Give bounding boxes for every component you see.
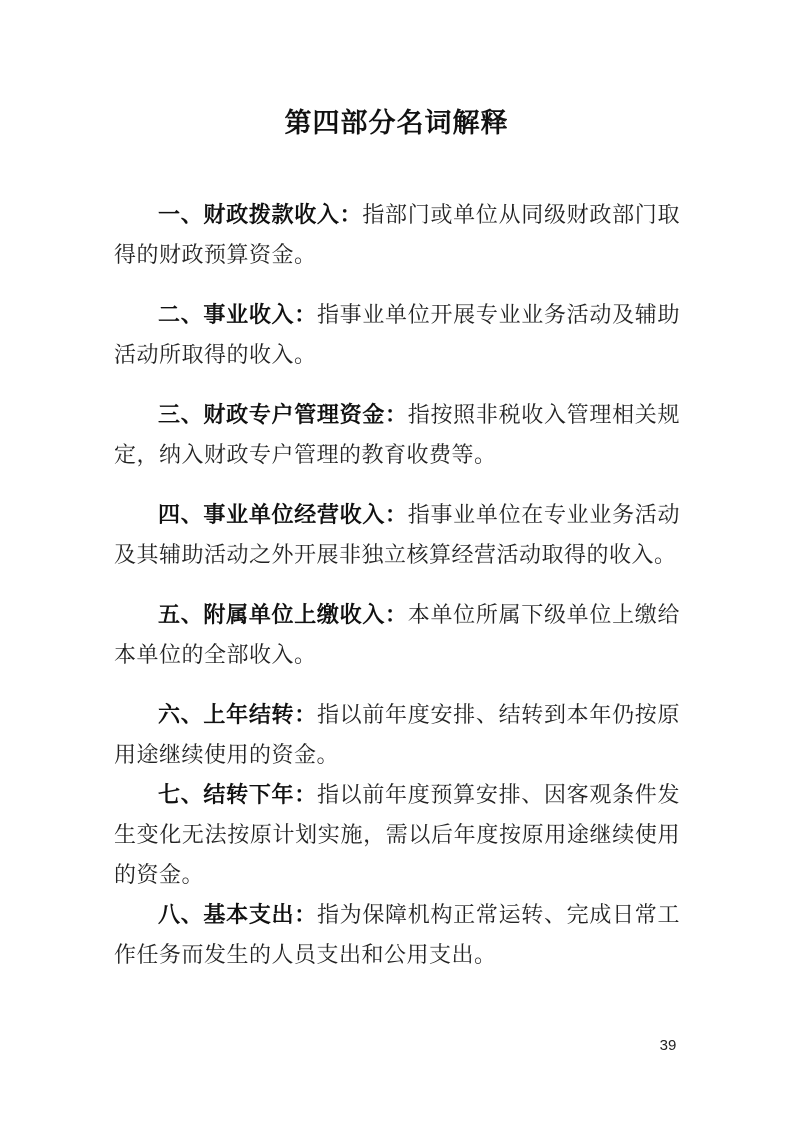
definition-paragraph-4: 四、事业单位经营收入：指事业单位在专业业务活动及其辅助活动之外开展非独立核算经营… <box>114 495 680 575</box>
document-page: 第四部分名词解释 一、财政拨款收入：指部门或单位从同级财政部门取得的财政预算资金… <box>0 0 793 1122</box>
definition-paragraph-3: 三、财政专户管理资金：指按照非税收入管理相关规定，纳入财政专户管理的教育收费等。 <box>114 395 680 475</box>
term-label: 一、财政拨款收入： <box>158 202 362 227</box>
definition-paragraph-2: 二、事业收入：指事业单位开展专业业务活动及辅助活动所取得的收入。 <box>114 295 680 375</box>
term-label: 五、附属单位上缴收入： <box>158 602 408 627</box>
term-label: 六、上年结转： <box>158 702 317 727</box>
term-label: 二、事业收入： <box>158 302 317 327</box>
term-label: 八、基本支出： <box>158 902 317 927</box>
definition-paragraph-7: 七、结转下年：指以前年度预算安排、因客观条件发生变化无法按原计划实施，需以后年度… <box>114 775 680 895</box>
definitions-list: 一、财政拨款收入：指部门或单位从同级财政部门取得的财政预算资金。 二、事业收入：… <box>114 160 680 975</box>
term-label: 七、结转下年： <box>158 782 317 807</box>
definition-paragraph-5: 五、附属单位上缴收入：本单位所属下级单位上缴给本单位的全部收入。 <box>114 595 680 675</box>
definition-paragraph-6: 六、上年结转：指以前年度安排、结转到本年仍按原用途继续使用的资金。 <box>114 695 680 775</box>
page-title: 第四部分名词解释 <box>0 101 793 140</box>
definition-paragraph-8: 八、基本支出：指为保障机构正常运转、完成日常工作任务而发生的人员支出和公用支出。 <box>114 895 680 975</box>
definition-paragraph-1: 一、财政拨款收入：指部门或单位从同级财政部门取得的财政预算资金。 <box>114 195 680 275</box>
page-number: 39 <box>646 1037 690 1054</box>
term-label: 三、财政专户管理资金： <box>158 402 408 427</box>
term-label: 四、事业单位经营收入： <box>158 502 408 527</box>
